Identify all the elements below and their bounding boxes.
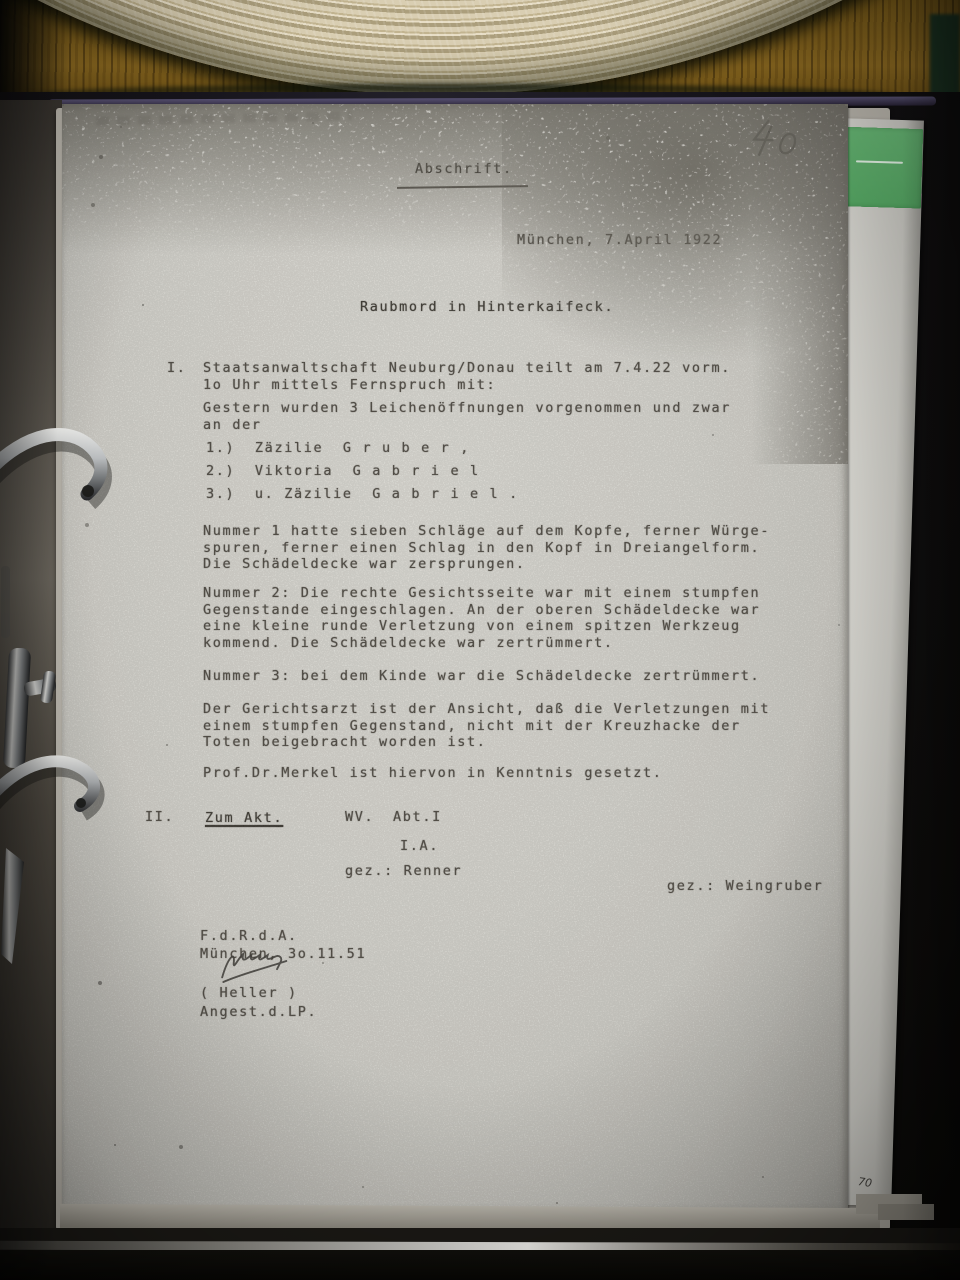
index-tab xyxy=(843,127,923,208)
binder-ring-bottom xyxy=(0,761,97,814)
tab-label-line xyxy=(856,161,903,164)
stack-corner-step-2 xyxy=(878,1204,934,1220)
photo-of-binder-document: Abschrift. München, 7.April 1922 Raubmor… xyxy=(0,0,960,1280)
table-shadow-bottom xyxy=(0,1250,960,1280)
toner-speckle-overlay xyxy=(62,104,848,1210)
handwritten-tab-mark: 70 xyxy=(857,1175,873,1190)
document-page: Abschrift. München, 7.April 1922 Raubmor… xyxy=(62,104,848,1210)
binder-mechanism xyxy=(0,410,130,990)
binder-ring-top xyxy=(0,435,104,504)
right-edge-toner xyxy=(752,104,848,464)
